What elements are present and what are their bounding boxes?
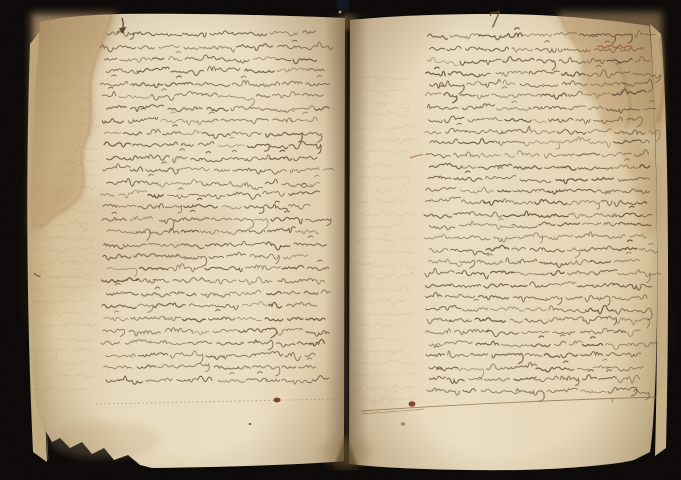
manuscript-svg: 7 [0, 0, 681, 480]
film-grain [0, 0, 681, 480]
manuscript-scan: 7 [0, 0, 681, 480]
